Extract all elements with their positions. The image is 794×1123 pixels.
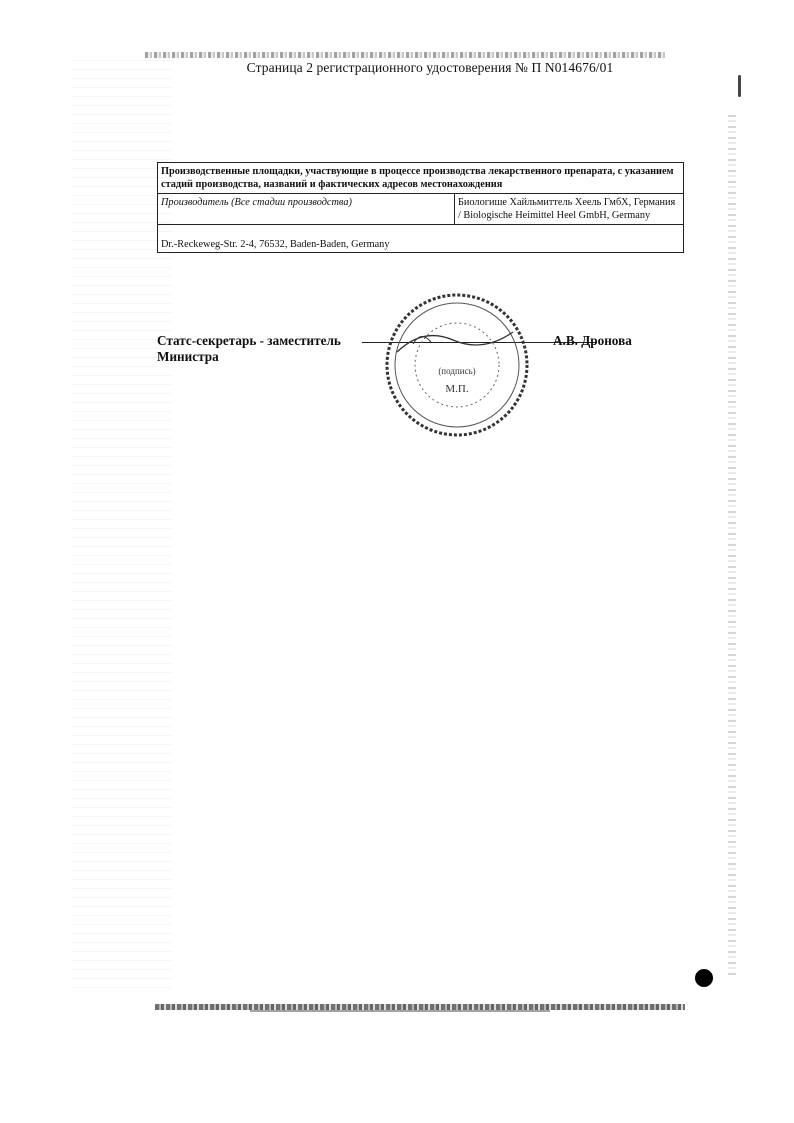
table-row: Производитель (Все стадии производства) … bbox=[158, 194, 684, 225]
official-seal-icon: (подпись) М.П. bbox=[383, 292, 531, 438]
signatory-title: Статс-секретарь - заместитель Министра bbox=[157, 333, 341, 365]
production-sites-table: Производственные площадки, участвующие в… bbox=[157, 162, 684, 253]
scan-noise-bottom-2 bbox=[250, 1010, 550, 1012]
table-heading: Производственные площадки, участвующие в… bbox=[158, 163, 684, 194]
scan-noise-right bbox=[728, 115, 736, 975]
production-stage: Производитель (Все стадии производства) bbox=[158, 194, 455, 225]
address-row: Dr.-Reckeweg-Str. 2-4, 76532, Baden-Bade… bbox=[158, 225, 684, 253]
page-header: Страница 2 регистрационного удостоверени… bbox=[230, 60, 630, 76]
manufacturer-name: Биологише Хайльмиттель Хеель ГмбХ, Герма… bbox=[455, 194, 684, 225]
manufacturer-address: Dr.-Reckeweg-Str. 2-4, 76532, Baden-Bade… bbox=[158, 225, 684, 253]
table-heading-row: Производственные площадки, участвующие в… bbox=[158, 163, 684, 194]
signatory-name: А.В. Дронова bbox=[553, 333, 632, 349]
scan-mark bbox=[738, 75, 741, 97]
signatory-title-line2: Министра bbox=[157, 349, 341, 365]
scan-noise-top bbox=[145, 52, 665, 58]
scan-dot bbox=[695, 969, 713, 987]
signatory-title-line1: Статс-секретарь - заместитель bbox=[157, 333, 341, 349]
stamp-signature-label: (подпись) bbox=[438, 366, 475, 376]
stamp-seal-label: М.П. bbox=[445, 383, 468, 395]
